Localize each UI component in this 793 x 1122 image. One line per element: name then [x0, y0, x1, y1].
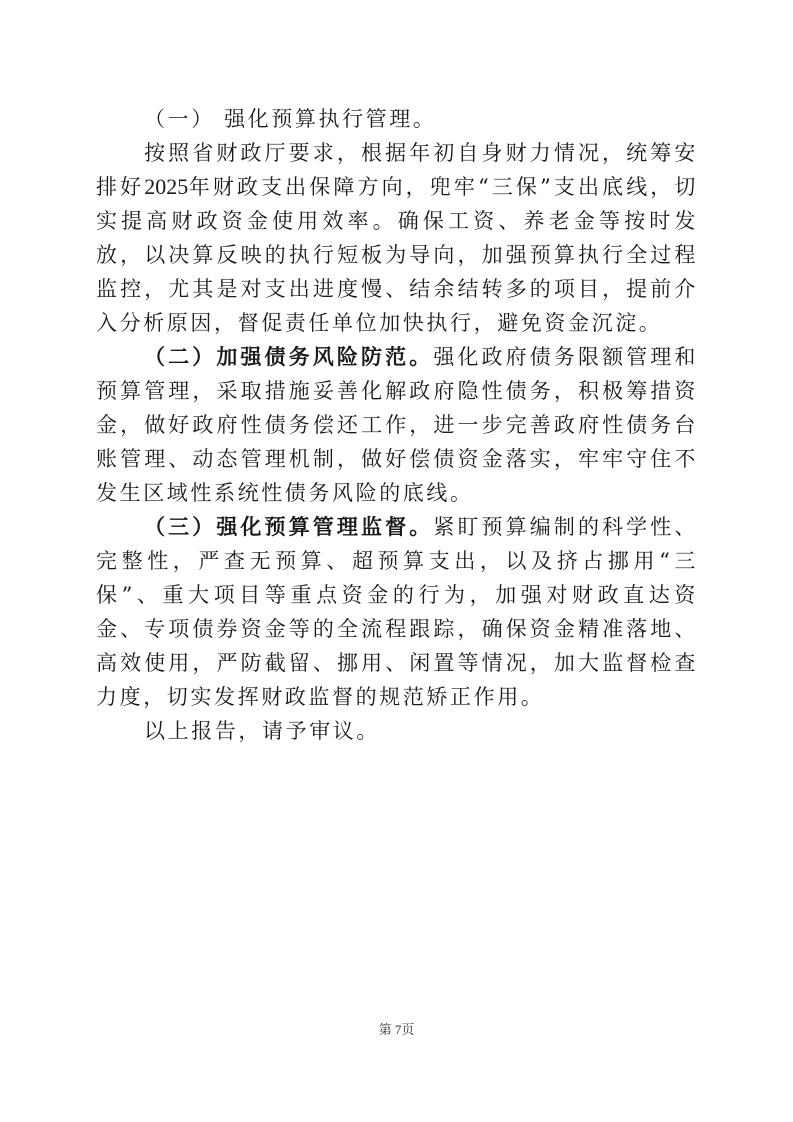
document-page: （一） 强化预算执行管理。 按照省财政厅要求，根据年初自身财力情况，统筹安排好2… [96, 102, 698, 748]
section-heading-3: （三）强化预算管理监督。 [144, 514, 433, 539]
paragraph-text: 强化政府债务限额管理和预算管理，采取措施妥善化解政府隐性债务，积极筹措资金，做好… [96, 345, 698, 505]
closing-statement: 以上报告，请予审议。 [96, 714, 698, 748]
section-heading-2: （二）加强债务风险防范。 [144, 344, 433, 369]
page-number: 第 7页 [0, 1019, 793, 1038]
paragraph-text: 年财政支出保障方向，兜牢“三保”支出底线，切实提高财政资金使用效率。确保工资、养… [96, 175, 698, 335]
year-number: 2025 [144, 174, 188, 199]
paragraph-debt-risk: （二）加强债务风险防范。强化政府债务限额管理和预算管理，采取措施妥善化解政府隐性… [96, 340, 698, 510]
paragraph-budget-supervision: （三）强化预算管理监督。紧盯预算编制的科学性、完整性，严查无预算、超预算支出，以… [96, 510, 698, 714]
paragraph-budget-execution: 按照省财政厅要求，根据年初自身财力情况，统筹安排好2025年财政支出保障方向，兜… [96, 136, 698, 340]
section-heading-1: （一） 强化预算执行管理。 [96, 102, 698, 136]
paragraph-text: 紧盯预算编制的科学性、完整性，严查无预算、超预算支出，以及挤占挪用“三保”、重大… [96, 515, 698, 709]
